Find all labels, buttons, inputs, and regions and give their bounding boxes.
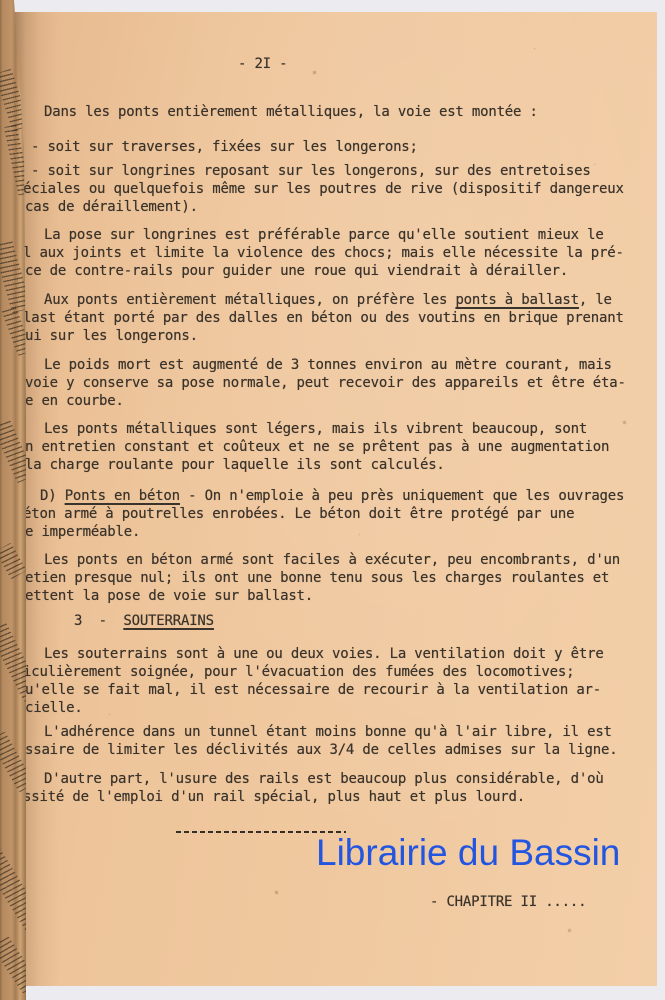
text-line: cielle. bbox=[14, 699, 657, 717]
paragraph: Les ponts métalliques sont légers, mais … bbox=[14, 420, 657, 474]
text-line: Les ponts métalliques sont légers, mais … bbox=[14, 420, 657, 438]
paragraph: Aux ponts entièrement métalliques, on pr… bbox=[14, 291, 657, 345]
text-line: - soit sur longrines reposant sur les lo… bbox=[14, 162, 657, 180]
bookseller-watermark: Librairie du Bassin bbox=[316, 834, 620, 872]
text-line: l aux joints et limite la violence des c… bbox=[14, 244, 657, 262]
text-line: la charge roulante pour laquelle ils son… bbox=[14, 456, 657, 474]
text-line: voie y conserve sa pose normale, peut re… bbox=[14, 374, 657, 392]
text-line: ssité de l'emploi d'un rail spécial, plu… bbox=[14, 788, 657, 806]
paragraph: Dans les ponts entièrement métalliques, … bbox=[14, 103, 657, 121]
text-segment: - On n'emploie à peu près uniquement que… bbox=[180, 488, 624, 504]
text-line: éciales ou quelquefois même sur les pout… bbox=[14, 180, 657, 198]
paragraph: D'autre part, l'usure des rails est beau… bbox=[14, 770, 657, 806]
left-page-spine bbox=[0, 0, 26, 1000]
paragraph: Le poids mort est augmenté de 3 tonnes e… bbox=[14, 356, 657, 410]
typewritten-text: - 2I - Dans les ponts entièrement métall… bbox=[14, 55, 657, 806]
paragraph: Les souterrains sont à une ou deux voies… bbox=[14, 645, 657, 717]
bullet-item: - soit sur traverses, fixées sur les lon… bbox=[14, 138, 657, 156]
book-photo: - 2I - Dans les ponts entièrement métall… bbox=[0, 0, 665, 1000]
paragraph: D) Ponts en béton - On n'emploie à peu p… bbox=[14, 487, 657, 541]
text-line: last étant porté par des dalles en béton… bbox=[14, 309, 657, 327]
text-line: L'adhérence dans un tunnel étant moins b… bbox=[14, 723, 657, 741]
bullet-item: - soit sur longrines reposant sur les lo… bbox=[14, 162, 657, 216]
text-line: - soit sur traverses, fixées sur les lon… bbox=[14, 138, 657, 156]
chapter-reference: - CHAPITRE II ..... bbox=[430, 894, 586, 910]
text-line: e imperméable. bbox=[14, 523, 657, 541]
text-line: D'autre part, l'usure des rails est beau… bbox=[14, 770, 657, 788]
section-number: 3 - bbox=[74, 613, 123, 629]
text-line: ssaire de limiter les déclivités aux 3/4… bbox=[14, 741, 657, 759]
text-line: ettent la pose de voie sur ballast. bbox=[14, 587, 657, 605]
text-line: La pose sur longrines est préférable par… bbox=[14, 226, 657, 244]
text-line: cas de déraillement). bbox=[14, 198, 657, 216]
text-line: e en courbe. bbox=[14, 392, 657, 410]
text-segment: , le bbox=[579, 292, 612, 308]
text-segment: D) bbox=[40, 488, 65, 504]
text-line: u'elle se fait mal, il est nécessaire de… bbox=[14, 681, 657, 699]
text-line: éton armé à poutrelles enrobées. Le béto… bbox=[14, 505, 657, 523]
text-line: Les ponts en béton armé sont faciles à e… bbox=[14, 551, 657, 569]
text-line: ui sur les longerons. bbox=[14, 327, 657, 345]
paragraph: La pose sur longrines est préférable par… bbox=[14, 226, 657, 280]
page-number: - 2I - bbox=[14, 55, 657, 73]
underlined-term: ponts à ballast bbox=[455, 292, 578, 308]
text-segment: Aux ponts entièrement métalliques, on pr… bbox=[44, 292, 455, 308]
text-line: n entretien constant et coûteux et ne se… bbox=[14, 438, 657, 456]
paragraph: L'adhérence dans un tunnel étant moins b… bbox=[14, 723, 657, 759]
text-line: iculièrement soignée, pour l'évacuation … bbox=[14, 663, 657, 681]
paragraph: Les ponts en béton armé sont faciles à e… bbox=[14, 551, 657, 605]
text-line: ce de contre-rails pour guider une roue … bbox=[14, 262, 657, 280]
text-line: Les souterrains sont à une ou deux voies… bbox=[14, 645, 657, 663]
text-line: etien presque nul; ils ont une bonne ten… bbox=[14, 569, 657, 587]
text-line: Dans les ponts entièrement métalliques, … bbox=[14, 103, 657, 121]
section-title: SOUTERRAINS bbox=[123, 613, 214, 629]
text-line: D) Ponts en béton - On n'emploie à peu p… bbox=[14, 487, 657, 505]
text-line: Aux ponts entièrement métalliques, on pr… bbox=[14, 291, 657, 309]
spine-text-fragment bbox=[0, 543, 27, 580]
section-heading: 3 - SOUTERRAINS bbox=[14, 612, 657, 630]
text-line: Le poids mort est augmenté de 3 tonnes e… bbox=[14, 356, 657, 374]
underlined-term: Ponts en béton bbox=[65, 488, 180, 504]
